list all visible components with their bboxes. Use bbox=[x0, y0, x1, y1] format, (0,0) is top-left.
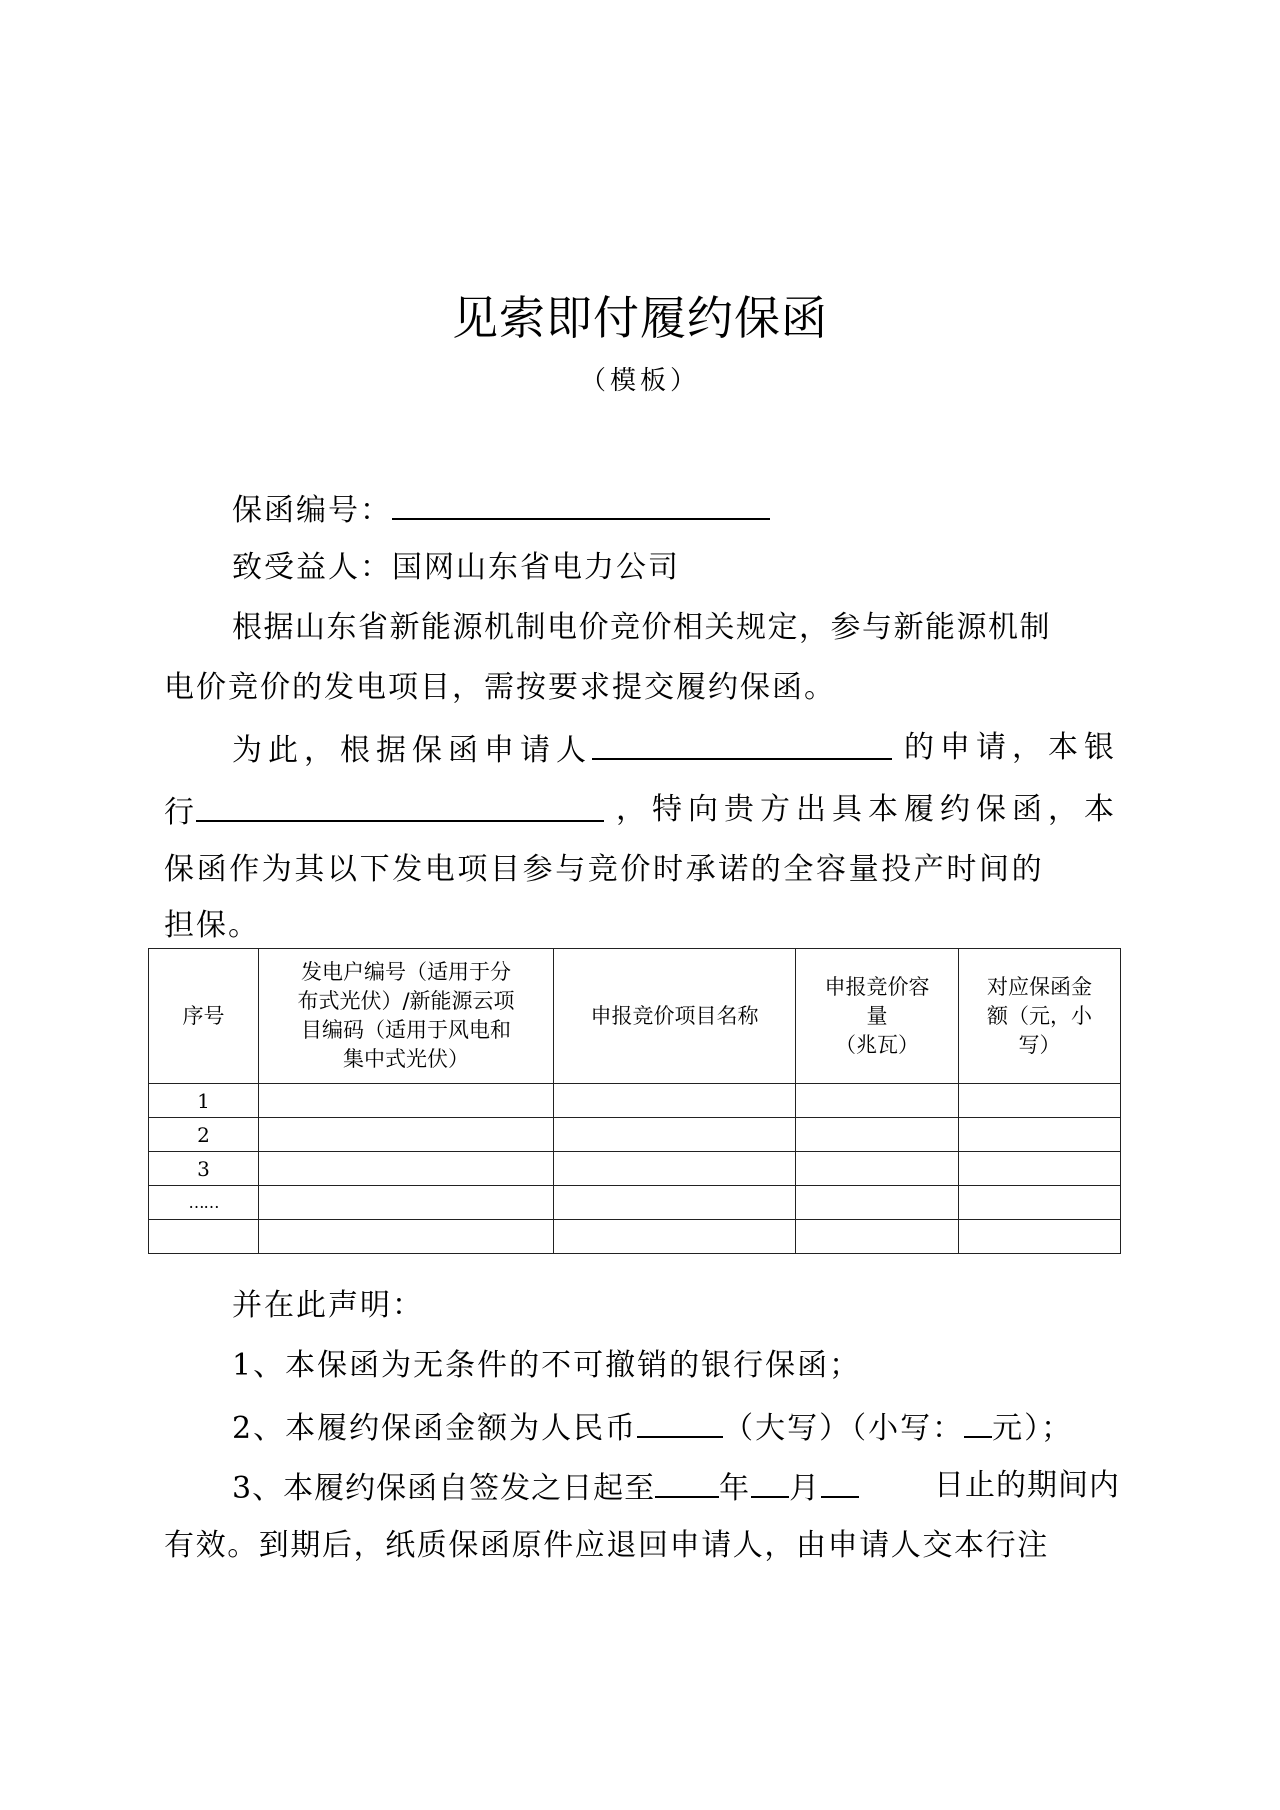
header-guarantee-amount: 对应保函金 额（元，小 写） bbox=[959, 949, 1121, 1084]
cell-station-code[interactable] bbox=[259, 1152, 554, 1186]
cell-station-code[interactable] bbox=[259, 1118, 554, 1152]
cell-capacity[interactable] bbox=[796, 1186, 959, 1220]
header-capacity: 申报竞价容 量 （兆瓦） bbox=[796, 949, 959, 1084]
cell-capacity[interactable] bbox=[796, 1118, 959, 1152]
validity-day-blank[interactable] bbox=[821, 1466, 859, 1498]
beneficiary-row: 致受益人：国网山东省电力公司 bbox=[232, 548, 680, 588]
bank-blank[interactable] bbox=[196, 790, 604, 822]
applicant-prefix: 为此，根据保函申请人 bbox=[232, 731, 592, 771]
amount-prefix: 2、本履约保函金额为人民币 bbox=[232, 1411, 637, 1446]
cell-station-code[interactable] bbox=[259, 1220, 554, 1254]
cell-serial: 3 bbox=[149, 1152, 259, 1186]
declaration-item-1: 1、本保函为无条件的不可撤销的银行保函； bbox=[232, 1346, 861, 1386]
cell-project-name[interactable] bbox=[554, 1152, 796, 1186]
cell-serial: 1 bbox=[149, 1084, 259, 1118]
document-title: 见索即付履约保函 bbox=[0, 290, 1280, 346]
bank-suffix: ，特向贵方出具本履约保函，本 bbox=[616, 790, 1120, 833]
project-table: 序号 发电户编号（适用于分 布式光伏）/新能源云项 目编码（适用于风电和 集中式… bbox=[148, 948, 1121, 1254]
beneficiary-value: 国网山东省电力公司 bbox=[392, 550, 680, 585]
table-header-row: 序号 发电户编号（适用于分 布式光伏）/新能源云项 目编码（适用于风电和 集中式… bbox=[149, 949, 1121, 1084]
applicant-blank[interactable] bbox=[592, 728, 892, 760]
declaration-intro: 并在此声明： bbox=[232, 1286, 424, 1326]
cell-serial bbox=[149, 1220, 259, 1254]
amount-lowercase-blank[interactable] bbox=[964, 1406, 992, 1438]
cell-project-name[interactable] bbox=[554, 1220, 796, 1254]
header-project-name: 申报竞价项目名称 bbox=[554, 949, 796, 1084]
cell-capacity[interactable] bbox=[796, 1152, 959, 1186]
guarantee-number-row: 保函编号： bbox=[232, 488, 770, 531]
cell-amount[interactable] bbox=[959, 1220, 1121, 1254]
cell-station-code[interactable] bbox=[259, 1084, 554, 1118]
amount-uppercase-blank[interactable] bbox=[637, 1406, 723, 1438]
table-row: …… bbox=[149, 1186, 1121, 1220]
header-serial-no: 序号 bbox=[149, 949, 259, 1084]
validity-month-blank[interactable] bbox=[751, 1466, 789, 1498]
declaration-item-3: 3、本履约保函自签发之日起至年月 日止的期间内 bbox=[232, 1466, 1120, 1509]
table-row bbox=[149, 1220, 1121, 1254]
table-row: 3 bbox=[149, 1152, 1121, 1186]
applicant-suffix: 的申请，本银 bbox=[904, 728, 1120, 771]
month-label: 月 bbox=[789, 1469, 821, 1509]
cell-project-name[interactable] bbox=[554, 1118, 796, 1152]
guarantee-number-blank[interactable] bbox=[392, 488, 770, 520]
cell-amount[interactable] bbox=[959, 1084, 1121, 1118]
header-station-code: 发电户编号（适用于分 布式光伏）/新能源云项 目编码（适用于风电和 集中式光伏） bbox=[259, 949, 554, 1084]
cell-project-name[interactable] bbox=[554, 1186, 796, 1220]
cell-serial: …… bbox=[149, 1186, 259, 1220]
guarantee-number-label: 保函编号： bbox=[232, 493, 392, 528]
table-row: 1 bbox=[149, 1084, 1121, 1118]
para1-line1: 根据山东省新能源机制电价竞价相关规定，参与新能源机制 bbox=[232, 608, 1051, 648]
amount-suffix: 元）； bbox=[992, 1411, 1073, 1446]
declaration-item-2: 2、本履约保函金额为人民币（大写）（小写：元）； bbox=[232, 1406, 1073, 1449]
declaration-item-3-line2: 有效。到期后，纸质保函原件应退回申请人，由申请人交本行注 bbox=[164, 1526, 1049, 1566]
bank-prefix: 行 bbox=[164, 793, 196, 833]
para2-line1: 为此，根据保函申请人 的申请，本银 bbox=[232, 728, 1120, 771]
para2-line4: 担保。 bbox=[164, 906, 260, 946]
para1-line2: 电价竞价的发电项目，需按要求提交履约保函。 bbox=[164, 668, 836, 708]
table-row: 2 bbox=[149, 1118, 1121, 1152]
validity-year-blank[interactable] bbox=[655, 1466, 719, 1498]
year-label: 年 bbox=[719, 1469, 751, 1509]
beneficiary-label: 致受益人： bbox=[232, 550, 392, 585]
cell-amount[interactable] bbox=[959, 1152, 1121, 1186]
cell-amount[interactable] bbox=[959, 1186, 1121, 1220]
cell-amount[interactable] bbox=[959, 1118, 1121, 1152]
para2-line2: 行 ，特向贵方出具本履约保函，本 bbox=[164, 790, 1120, 833]
document-subtitle: （模板） bbox=[0, 364, 1280, 398]
validity-prefix: 3、本履约保函自签发之日起至 bbox=[232, 1469, 655, 1509]
para2-line3: 保函作为其以下发电项目参与竞价时承诺的全容量投产时间的 bbox=[164, 850, 1044, 890]
cell-capacity[interactable] bbox=[796, 1220, 959, 1254]
cell-project-name[interactable] bbox=[554, 1084, 796, 1118]
cell-capacity[interactable] bbox=[796, 1084, 959, 1118]
validity-suffix: 日止的期间内 bbox=[934, 1466, 1120, 1509]
amount-middle: （大写）（小写： bbox=[723, 1411, 964, 1446]
cell-station-code[interactable] bbox=[259, 1186, 554, 1220]
cell-serial: 2 bbox=[149, 1118, 259, 1152]
